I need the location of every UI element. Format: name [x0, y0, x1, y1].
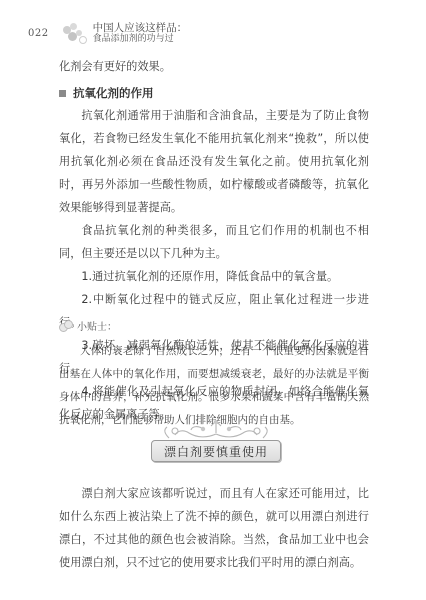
book-subtitle: 食品添加剂的功与过 [93, 34, 188, 44]
section-heading: 抗氧化剂的作用 [59, 85, 154, 101]
paragraph: 抗氧化剂通常用于油脂和含油食品，主要是为了防止食物氧化，若食物已经发生氧化不能用… [59, 104, 369, 219]
banner-heading: 漂白剂要慎重使用 [151, 440, 281, 462]
closing-body: 漂白剂大家应该都听说过，而且有人在家还可能用过，比如什么东西上被沾染上了洗不掉的… [59, 482, 369, 574]
flower-tip-icon [59, 320, 73, 332]
square-bullet-icon [59, 90, 66, 97]
running-header: 022 中国人应该这样品： 食品添加剂的功与过 [28, 18, 187, 48]
section-banner: 漂白剂要慎重使用 [151, 418, 281, 464]
book-title: 中国人应该这样品： [93, 22, 188, 34]
section-heading-text: 抗氧化剂的作用 [73, 85, 154, 101]
tip-label: 小贴士： [59, 318, 117, 333]
book-title-block: 中国人应该这样品： 食品添加剂的功与过 [93, 22, 188, 44]
intro-line: 化剂会有更好的效果。 [59, 55, 369, 78]
paragraph: 漂白剂大家应该都听说过，而且有人在家还可能用过，比如什么东西上被沾染上了洗不掉的… [59, 482, 369, 574]
banner-heading-text: 漂白剂要慎重使用 [164, 443, 268, 460]
scroll-ornament-icon [159, 418, 273, 440]
paragraph: 食品抗氧化剂的种类很多，而且它们作用的机制也不相同，但主要还是以以下几种为主。 [59, 219, 369, 265]
list-item: 1.通过抗氧化剂的还原作用，降低食品中的氧含量。 [59, 265, 369, 288]
continued-text: 化剂会有更好的效果。 [59, 55, 369, 78]
flower-cluster-icon [61, 22, 87, 44]
tip-label-text: 小贴士： [77, 318, 117, 333]
page-number: 022 [28, 28, 49, 39]
